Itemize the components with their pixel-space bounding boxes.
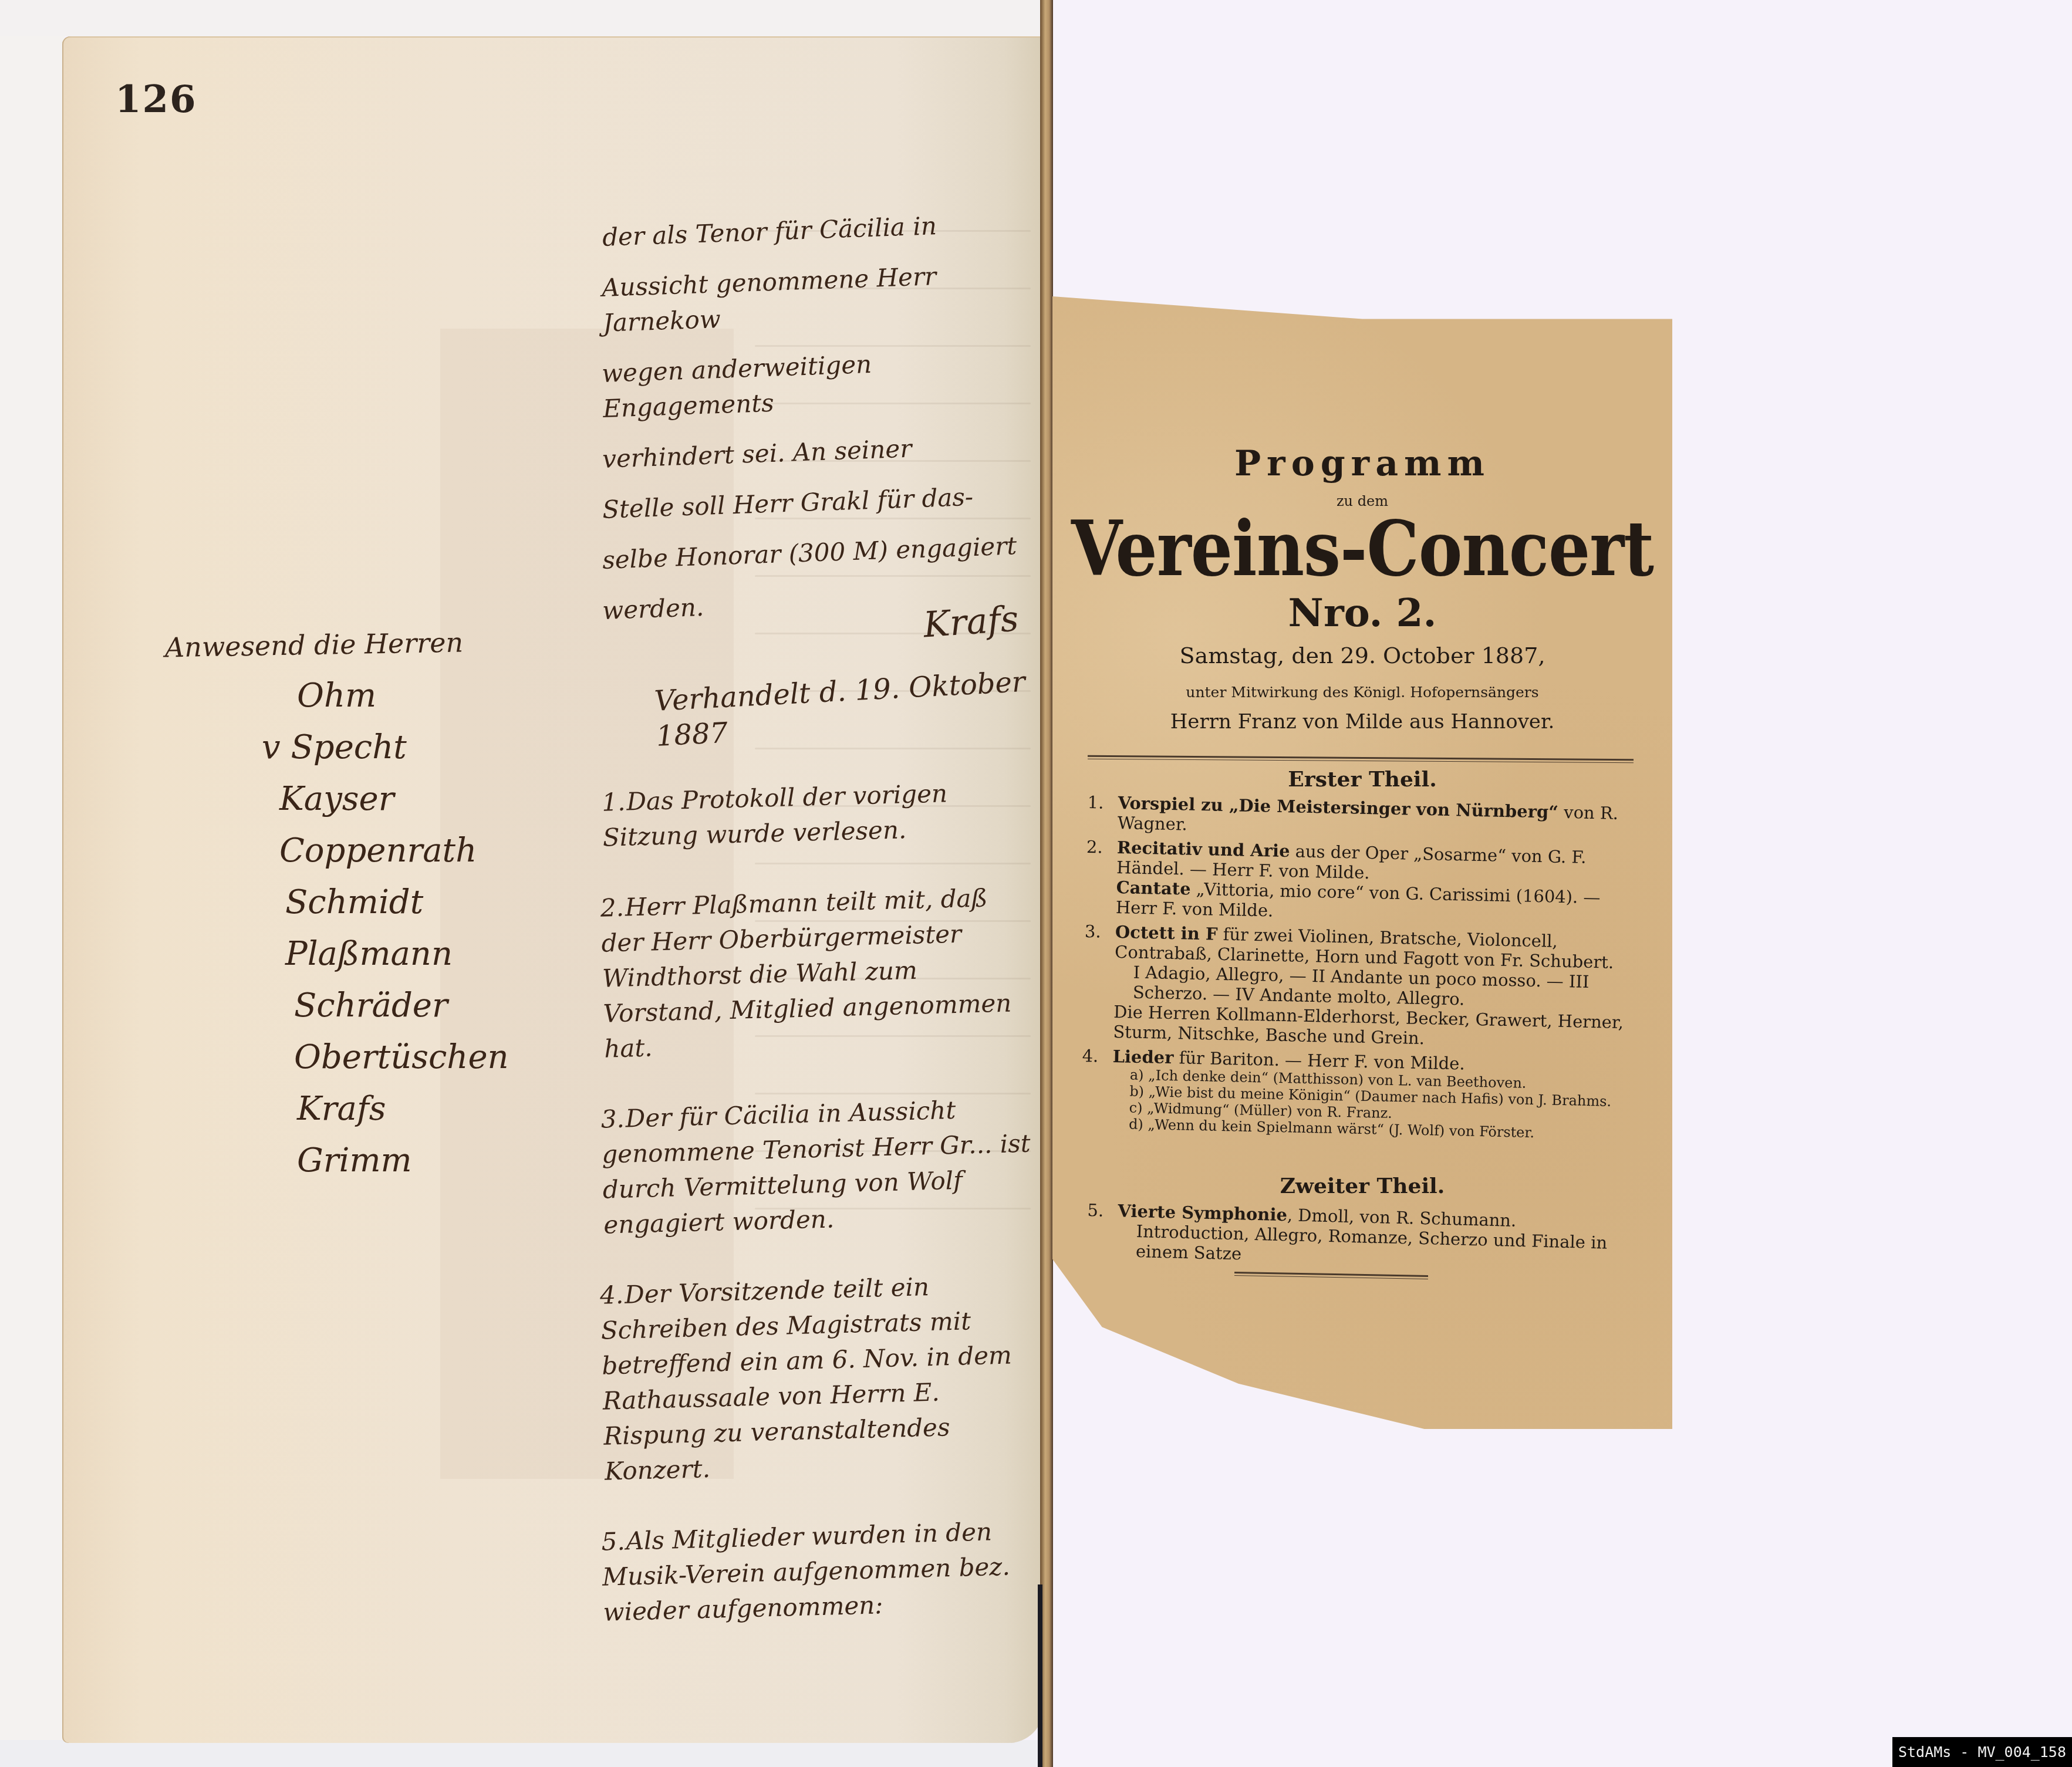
book-spine <box>1040 0 1053 1767</box>
scanner-background-bottom <box>0 1740 1051 1767</box>
minutes-line: verhindert sei. An seiner <box>602 427 1037 477</box>
minutes-item: 2.Herr Plaßmann teilt mit, daß der Herr … <box>600 879 1039 1066</box>
session-date: Verhandelt d. 19. Oktober 1887 <box>653 664 1038 754</box>
program-main-title: Vereins-Concert <box>1052 505 1672 593</box>
program-part-one: 1. Vorspiel zu „Die Meistersinger von Nü… <box>1081 792 1636 1147</box>
double-rule-divider <box>1088 755 1634 763</box>
program-entry: 3. Octett in F für zwei Violinen, Bratsc… <box>1082 921 1634 1053</box>
program-entry: 5. Vierte Symphonie, Dmoll, von R. Schum… <box>1086 1200 1636 1273</box>
part-two-heading: Zweiter Theil. <box>1052 1174 1672 1198</box>
guest-singer: Herrn Franz von Milde aus Hannover. <box>1052 710 1672 734</box>
attendee-name: Plaßmann <box>285 928 500 980</box>
program-entry: 4. Lieder für Bariton. — Herr F. von Mil… <box>1081 1046 1631 1143</box>
program-part-two: 5. Vierte Symphonie, Dmoll, von R. Schum… <box>1086 1200 1636 1273</box>
attendee-name: Obertüschen <box>294 1032 509 1083</box>
attendee-name: Kayser <box>279 773 494 825</box>
concert-program-card: Programm zu dem Vereins-Concert Nro. 2. … <box>1052 296 1672 1429</box>
minutes-line: selbe Honorar (300 M) engagiert <box>602 528 1037 578</box>
scanner-background-left <box>0 0 65 1767</box>
minutes-item: 5.Als Mitglieder wurden in den Musik-Ver… <box>601 1513 1038 1630</box>
concert-participation: unter Mitwirkung des Königl. Hofopernsän… <box>1052 684 1672 701</box>
attendee-name: Schräder <box>294 980 509 1032</box>
minutes-item: 1.Das Protokoll der vorigen Sitzung wurd… <box>602 773 1038 855</box>
attendance-list: Ohm v Specht Kayser Coppenrath Schmidt P… <box>262 670 477 1187</box>
attendee-name: Krafs <box>297 1083 512 1135</box>
attendee-name: Schmidt <box>285 877 500 928</box>
attendee-name: v Specht <box>262 722 477 773</box>
part-one-heading: Erster Theil. <box>1052 767 1672 792</box>
program-title: Programm <box>1052 443 1672 484</box>
minutes-line: der als Tenor für Cäcilia in <box>602 205 1037 255</box>
program-entry: 1. Vorspiel zu „Die Meistersinger von Nü… <box>1087 792 1636 844</box>
concert-number: Nro. 2. <box>1052 590 1672 636</box>
ledger-page: 126 Anwesend die Herren Ohm v Specht Kay… <box>62 36 1044 1743</box>
concert-date: Samstag, den 29. October 1887, <box>1052 643 1672 668</box>
minutes-line: Aussicht genommene Herr Jarnekow <box>601 255 1038 341</box>
closing-rule-divider <box>1234 1272 1428 1279</box>
attendee-name: Ohm <box>297 670 512 722</box>
minutes-item: 3.Der für Cäcilia in Aussicht genommene … <box>600 1090 1038 1242</box>
archive-label: StdAMs - MV_004_158 <box>1892 1737 2072 1767</box>
page-number: 126 <box>115 77 197 121</box>
program-entry: 2. Recitativ und Arie aus der Oper „Sosa… <box>1085 837 1636 928</box>
scanner-background-top <box>0 0 1051 36</box>
minutes-line: wegen anderweitigen Engagements <box>601 341 1038 427</box>
attendee-name: Coppenrath <box>279 825 494 877</box>
meeting-minutes: der als Tenor für Cäcilia in Aussicht ge… <box>602 212 1037 1637</box>
minutes-line: Stelle soll Herr Grakl für das- <box>602 477 1037 528</box>
attendee-name: Grimm <box>297 1135 512 1187</box>
attendance-heading: Anwesend die Herren <box>165 627 464 664</box>
spine-shadow <box>1038 1584 1042 1767</box>
minutes-item: 4.Der Vorsitzende teilt ein Schreiben de… <box>599 1266 1039 1489</box>
